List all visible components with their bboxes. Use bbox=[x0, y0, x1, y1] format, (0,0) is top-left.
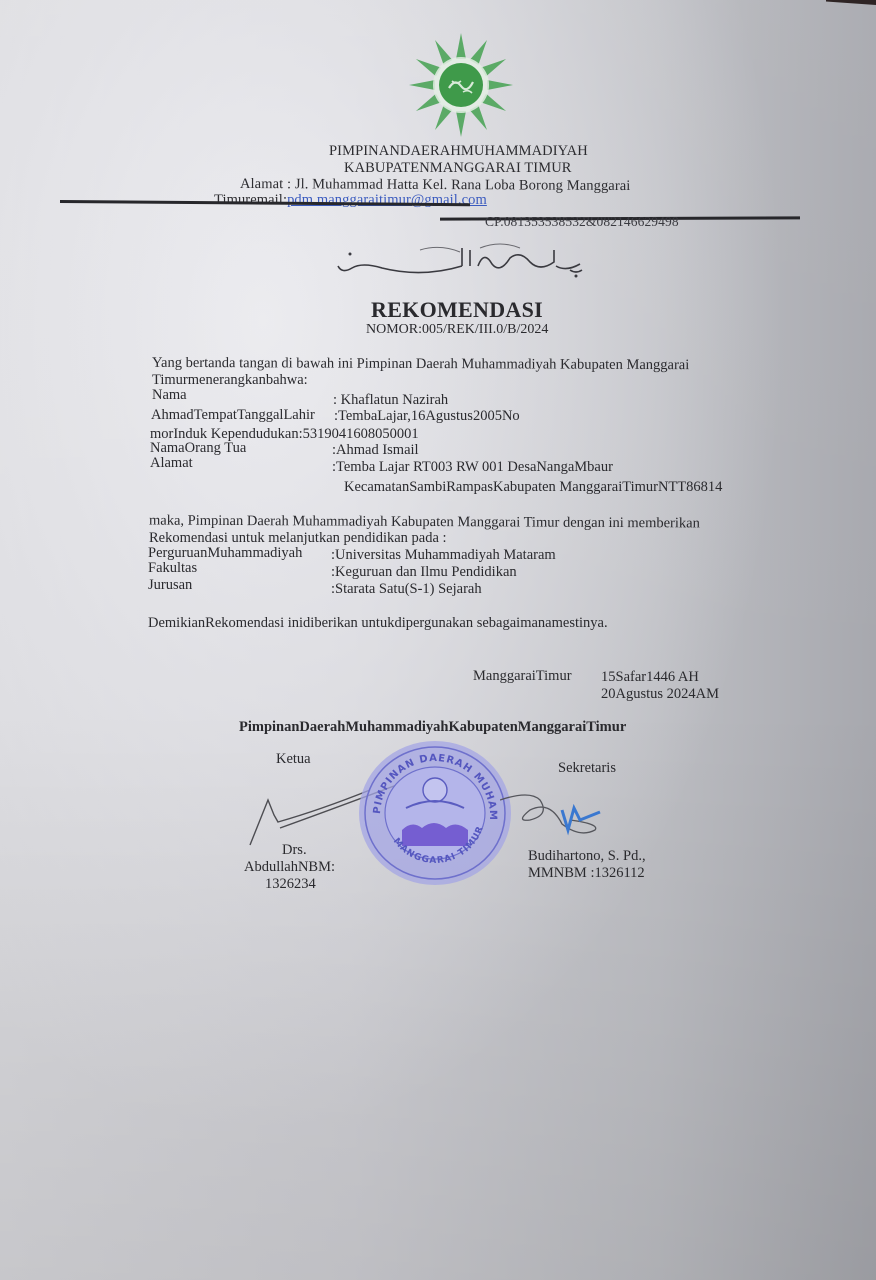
intro-line1: Yang bertanda tangan di bawah ini Pimpin… bbox=[152, 355, 689, 373]
ortu-label: NamaOrang Tua bbox=[150, 440, 246, 456]
ketua-name-line2: AbdullahNBM: bbox=[244, 859, 335, 875]
alamat-value2: KecamatanSambiRampasKabupaten ManggaraiT… bbox=[344, 479, 722, 495]
para2-line2: Rekomendasi untuk melanjutkan pendidikan… bbox=[149, 530, 447, 546]
bismillah-calligraphy-icon bbox=[330, 240, 592, 282]
date-hijri: 15Safar1446 AH bbox=[601, 669, 699, 685]
closing-text: DemikianRekomendasi inidiberikan untukdi… bbox=[148, 615, 608, 631]
jurusan-value: :Starata Satu(S-1) Sejarah bbox=[331, 581, 482, 597]
signing-org: PimpinanDaerahMuhammadiyahKabupatenMangg… bbox=[239, 719, 626, 736]
alamat-value1: :Temba Lajar RT003 RW 001 DesaNangaMbaur bbox=[332, 459, 613, 475]
para2-line1: maka, Pimpinan Daerah Muhammadiyah Kabup… bbox=[149, 513, 700, 532]
org-phone: CP.081353538532&082146629498 bbox=[485, 214, 679, 230]
nama-label: Nama bbox=[152, 387, 187, 403]
ketua-role: Ketua bbox=[276, 751, 311, 767]
organization-stamp-icon: PIMPINAN DAERAH MUHAMMADIYAH MANGGARAI T… bbox=[356, 738, 514, 888]
ttl-label: AhmadTempatTanggalLahir bbox=[151, 407, 315, 423]
email-row: Timuremail:pdm.manggaraitimur@gmail.com bbox=[214, 192, 487, 209]
ortu-value: :Ahmad Ismail bbox=[332, 442, 419, 458]
alamat-label: Alamat bbox=[150, 455, 193, 471]
ttl-value: :TembaLajar,16Agustus2005No bbox=[334, 408, 520, 424]
fakultas-value: :Keguruan dan Ilmu Pendidikan bbox=[331, 564, 517, 580]
muhammadiyah-logo-icon bbox=[406, 30, 516, 140]
org-name-line1: PIMPINANDAERAHMUHAMMADIYAH bbox=[329, 143, 588, 160]
sekretaris-name-line2: MMNBM :1326112 bbox=[528, 865, 645, 881]
org-name-line2: KABUPATENMANGGARAI TIMUR bbox=[344, 160, 572, 177]
document-title: REKOMENDASI bbox=[371, 297, 543, 323]
document-number: NOMOR:005/REK/III.0/B/2024 bbox=[366, 322, 548, 338]
ketua-name-line1: Drs. bbox=[282, 842, 307, 858]
place: ManggaraiTimur bbox=[473, 668, 572, 684]
date-masehi: 20Agustus 2024AM bbox=[601, 686, 719, 702]
ketua-name-line3: 1326234 bbox=[265, 876, 316, 892]
sekretaris-name-line1: Budihartono, S. Pd., bbox=[528, 848, 646, 864]
page-corner-shadow bbox=[826, 0, 876, 5]
jurusan-label: Jurusan bbox=[148, 577, 192, 593]
sekretaris-signature-icon bbox=[500, 790, 630, 850]
sekretaris-role: Sekretaris bbox=[558, 760, 616, 776]
intro-line2: Timurmenerangkanbahwa: bbox=[152, 372, 308, 388]
nama-value: : Khaflatun Nazirah bbox=[333, 392, 448, 408]
pt-label: PerguruanMuhammadiyah bbox=[148, 545, 302, 561]
pt-value: :Universitas Muhammadiyah Mataram bbox=[331, 547, 556, 563]
fakultas-label: Fakultas bbox=[148, 560, 197, 576]
email-label: Timuremail: bbox=[214, 192, 287, 208]
